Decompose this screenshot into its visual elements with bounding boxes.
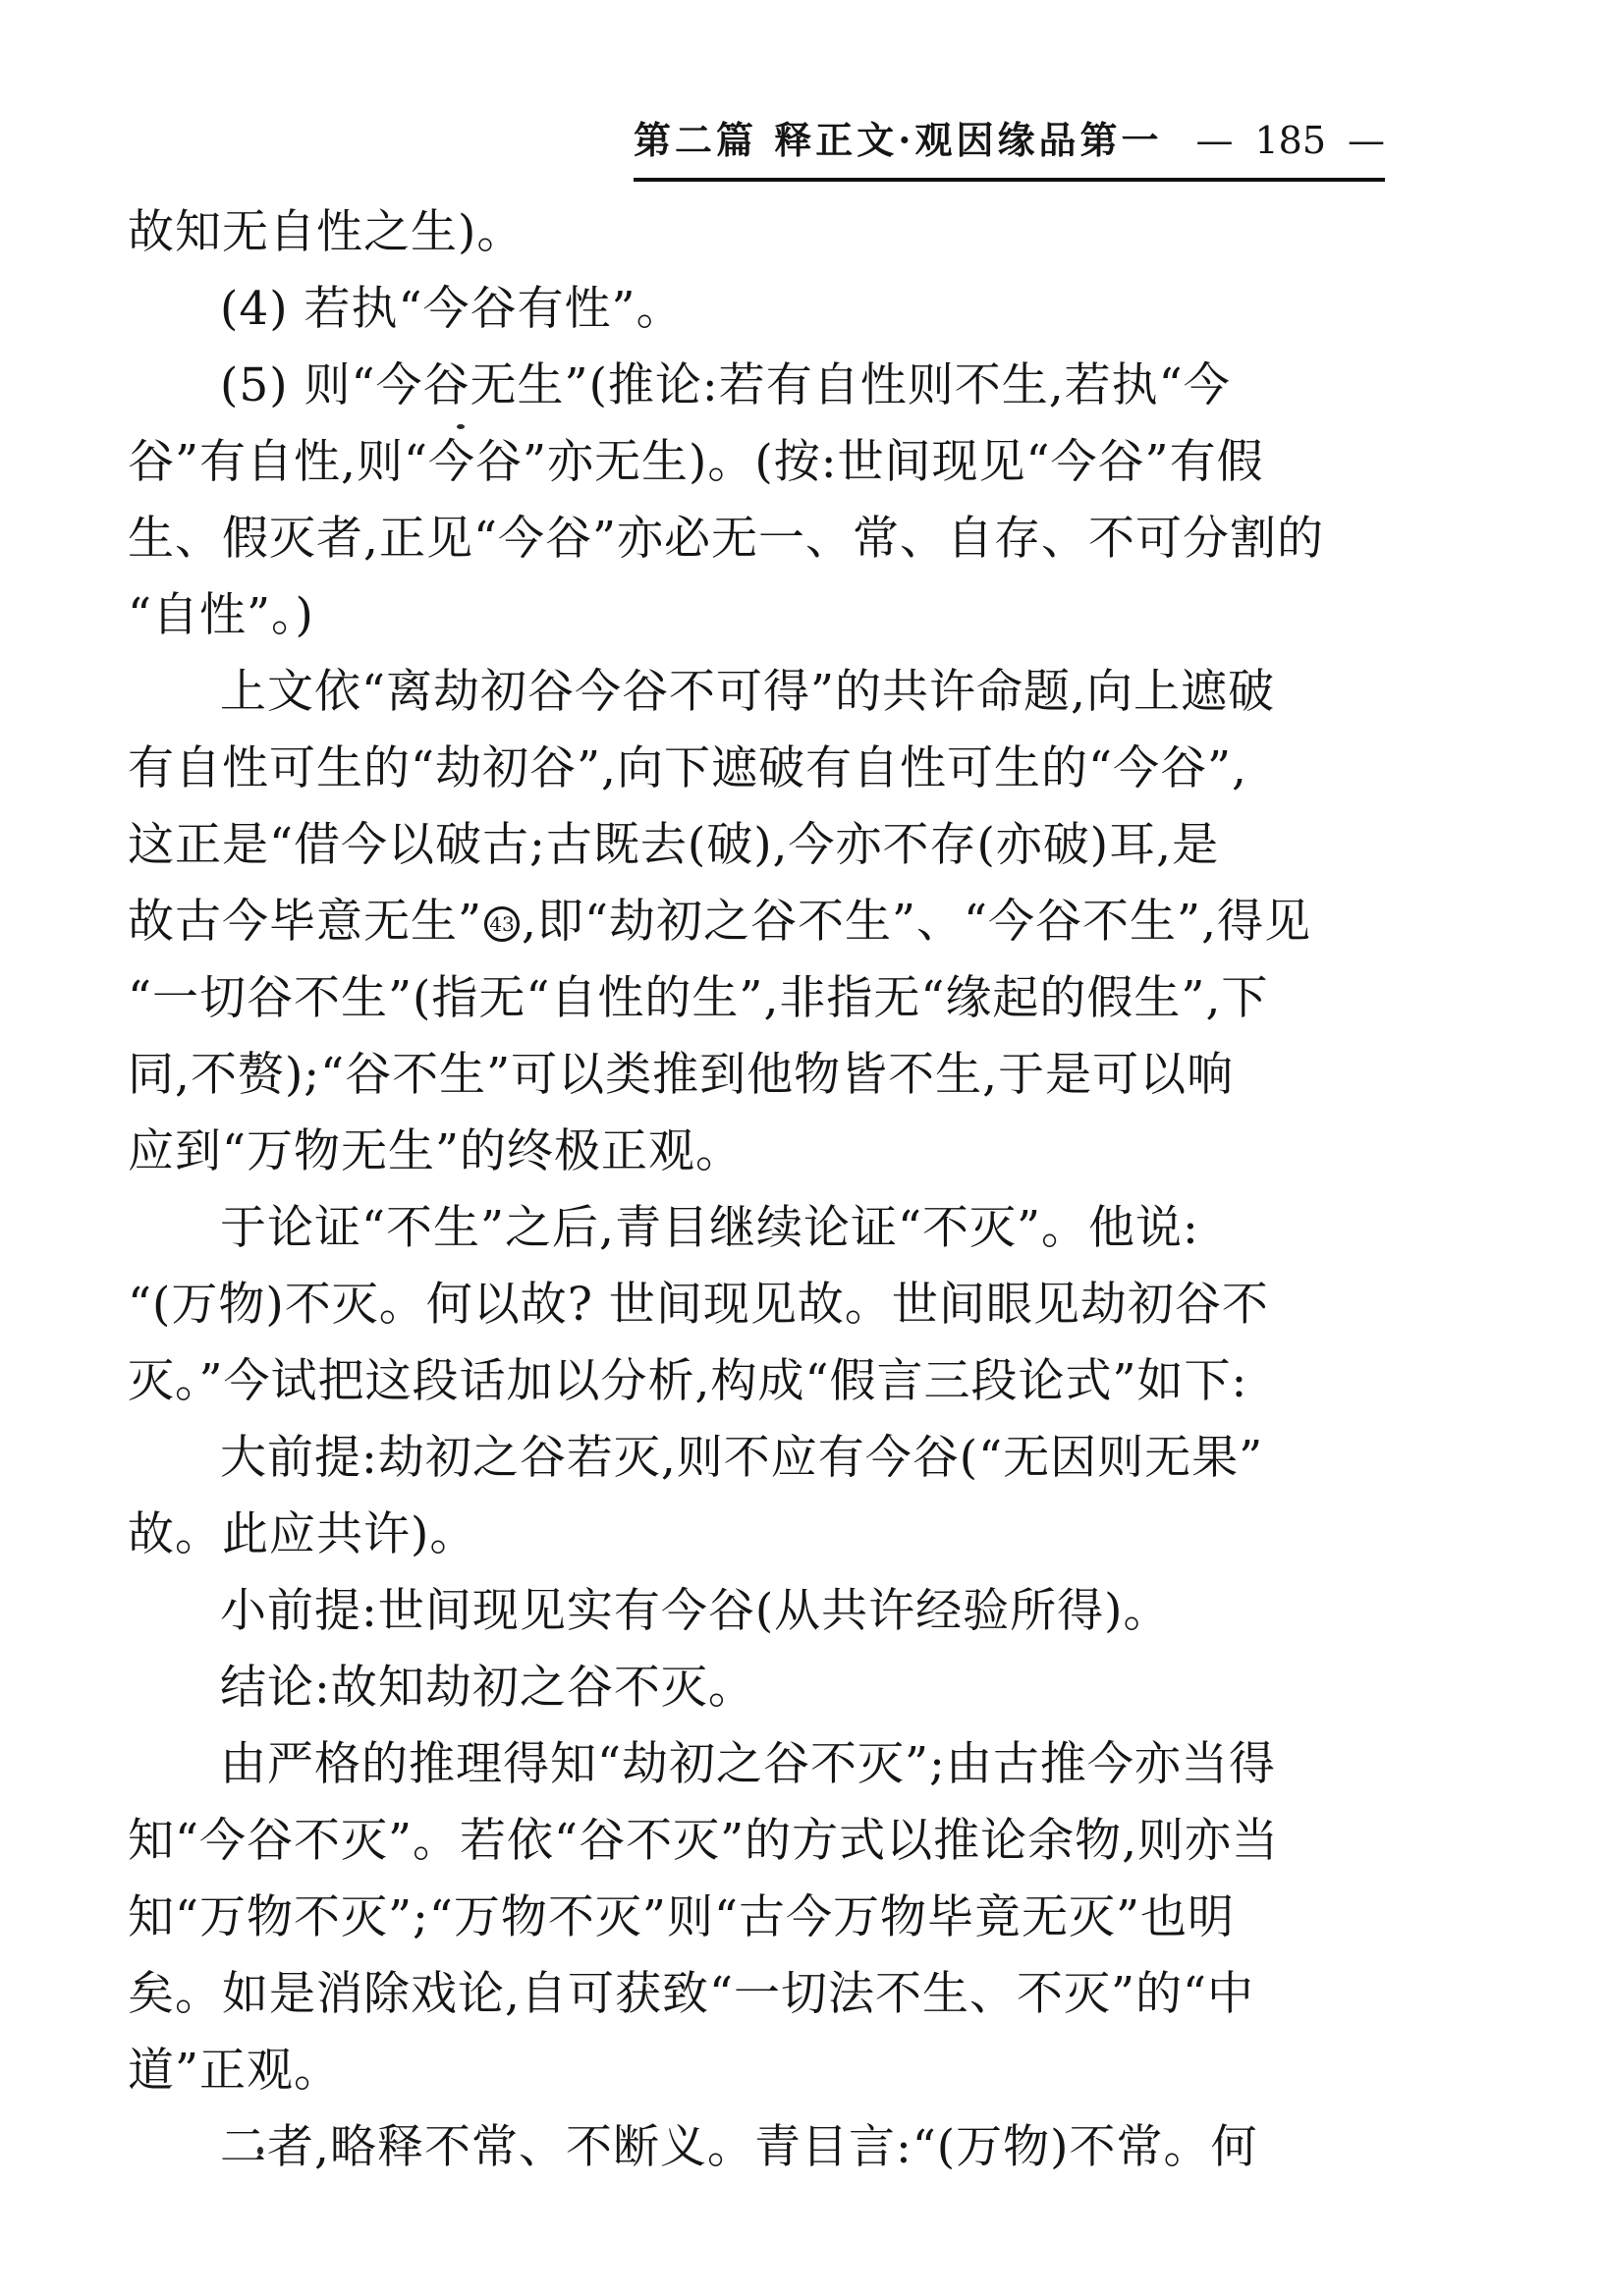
running-head: 第二篇 释正文·观因缘品第一 — 185 — xyxy=(634,110,1385,182)
text-line: 故。此应共许)。 xyxy=(128,1497,1391,1573)
text-line: 小前提:世间现见实有今谷(从共许经验所得)。 xyxy=(128,1573,1391,1650)
text-line: 由严格的推理得知“劫初之谷不灭”;由古推今亦当得 xyxy=(128,1726,1391,1803)
chapter-title: 第二篇 释正文·观因缘品第一 xyxy=(634,110,1162,164)
text-line: 生、假灭者,正见“今谷”亦必无一、常、自存、不可分割的 xyxy=(128,501,1391,577)
text-line: 上文依“离劫初谷今谷不可得”的共许命题,向上遮破 xyxy=(128,654,1391,731)
scan-speck xyxy=(457,424,465,429)
text-after-footnote: ,即“劫初之谷不生”、“今谷不生”,得见 xyxy=(522,895,1311,949)
text-line: 应到“万物无生”的终极正观。 xyxy=(128,1114,1391,1190)
text-line: 二者,略释不常、不断义。青目言:“(万物)不常。何 xyxy=(128,2109,1391,2186)
text-before-footnote: 故古今毕意无生” xyxy=(128,895,482,949)
text-line: “(万物)不灭。何以故? 世间现见故。世间眼见劫初谷不 xyxy=(128,1267,1391,1343)
text-line: “一切谷不生”(指无“自性的生”,非指无“缘起的假生”,下 xyxy=(128,960,1391,1037)
text-line: 矣。如是消除戏论,自可获致“一切法不生、不灭”的“中 xyxy=(128,1956,1391,2033)
text-line: 这正是“借今以破古;古既去(破),今亦不存(亦破)耳,是 xyxy=(128,807,1391,884)
text-line: 故知无自性之生)。 xyxy=(128,194,1391,271)
text-line: 知“今谷不灭”。若依“谷不灭”的方式以推论余物,则亦当 xyxy=(128,1803,1391,1880)
page-header: 第二篇 释正文·观因缘品第一 — 185 — xyxy=(634,110,1385,182)
text-line-with-footnote: 故古今毕意无生”43,即“劫初之谷不生”、“今谷不生”,得见 xyxy=(128,884,1391,960)
text-line: 同,不赘);“谷不生”可以类推到他物皆不生,于是可以响 xyxy=(128,1037,1391,1114)
text-line: 谷”有自性,则“今谷”亦无生)。(按:世间现见“今谷”有假 xyxy=(128,424,1391,501)
body-text-block: 故知无自性之生)。 (4) 若执“今谷有性”。 (5) 则“今谷无生”(推论:若… xyxy=(128,194,1391,2186)
book-page: 第二篇 释正文·观因缘品第一 — 185 — 故知无自性之生)。 (4) 若执“… xyxy=(0,0,1603,2296)
text-line: 道”正观。 xyxy=(128,2033,1391,2109)
footnote-marker-circled-43: 43 xyxy=(484,906,520,942)
text-line: (5) 则“今谷无生”(推论:若有自性则不生,若执“今 xyxy=(128,348,1391,424)
scan-speck xyxy=(257,2147,263,2155)
text-line: 灭。”今试把这段话加以分析,构成“假言三段论式”如下: xyxy=(128,1343,1391,1420)
text-line: 有自性可生的“劫初谷”,向下遮破有自性可生的“今谷”, xyxy=(128,731,1391,807)
text-line: 知“万物不灭”;“万物不灭”则“古今万物毕竟无灭”也明 xyxy=(128,1880,1391,1956)
page-number: 185 xyxy=(1254,119,1326,162)
page-number-dash-left: — xyxy=(1195,119,1233,162)
page-number-group: — 185 — xyxy=(1195,119,1385,162)
text-line: 于论证“不生”之后,青目继续论证“不灭”。他说: xyxy=(128,1190,1391,1267)
text-line: (4) 若执“今谷有性”。 xyxy=(128,271,1391,348)
page-number-dash-right: — xyxy=(1348,119,1385,162)
text-line: 大前提:劫初之谷若灭,则不应有今谷(“无因则无果” xyxy=(128,1420,1391,1497)
text-line: “自性”。) xyxy=(128,577,1391,654)
text-line: 结论:故知劫初之谷不灭。 xyxy=(128,1650,1391,1726)
